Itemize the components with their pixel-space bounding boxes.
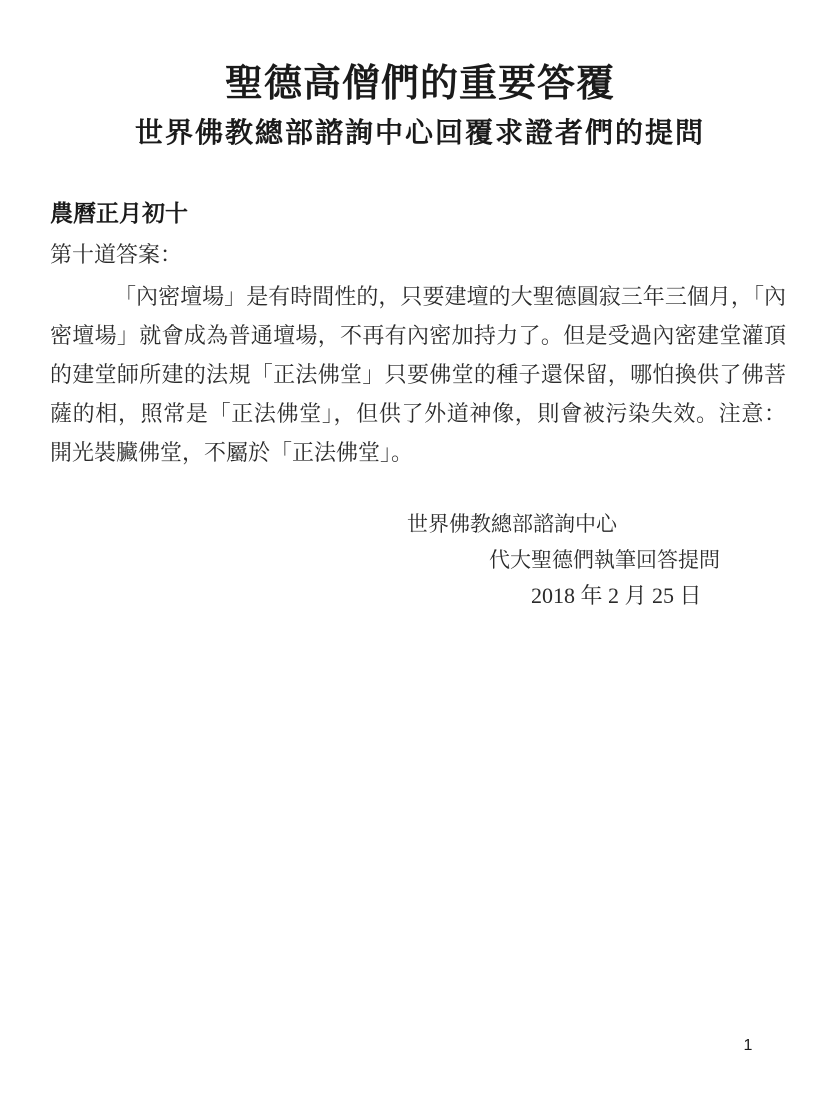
paragraph-line: 的建堂師所建的法規「正法佛堂」只要佛堂的種子還保留，哪怕換供了佛菩: [50, 355, 786, 394]
document-subtitle: 世界佛教總部諮詢中心回覆求證者們的提問: [0, 114, 840, 154]
answer-paragraph: 「內密壇場」是有時間性的，只要建壇的大聖德圓寂三年三個月，「內 密壇場」就會成為…: [50, 277, 786, 472]
signature-date: 2018 年 2 月 25 日: [531, 581, 702, 611]
answer-number-label: 第十道答案：: [50, 239, 182, 271]
document-title: 聖德高僧們的重要答覆: [0, 60, 840, 108]
paragraph-line: 密壇場」就會成為普通壇場，不再有內密加持力了。但是受過內密建堂灌頂: [50, 316, 786, 355]
paragraph-line: 薩的相，照常是「正法佛堂」，但供了外道神像，則會被污染失效。注意：: [50, 394, 786, 433]
document-page: 聖德高僧們的重要答覆 世界佛教總部諮詢中心回覆求證者們的提問 農曆正月初十 第十…: [0, 0, 840, 1098]
paragraph-line: 「內密壇場」是有時間性的，只要建壇的大聖德圓寂三年三個月，「內: [50, 277, 786, 316]
signature-byline: 代大聖德們執筆回答提問: [489, 545, 720, 575]
lunar-date-heading: 農曆正月初十: [50, 197, 188, 231]
paragraph-line: 開光裝臟佛堂，不屬於「正法佛堂」。: [50, 433, 786, 472]
signature-organization: 世界佛教總部諮詢中心: [407, 509, 617, 539]
page-number: 1: [736, 1036, 760, 1056]
